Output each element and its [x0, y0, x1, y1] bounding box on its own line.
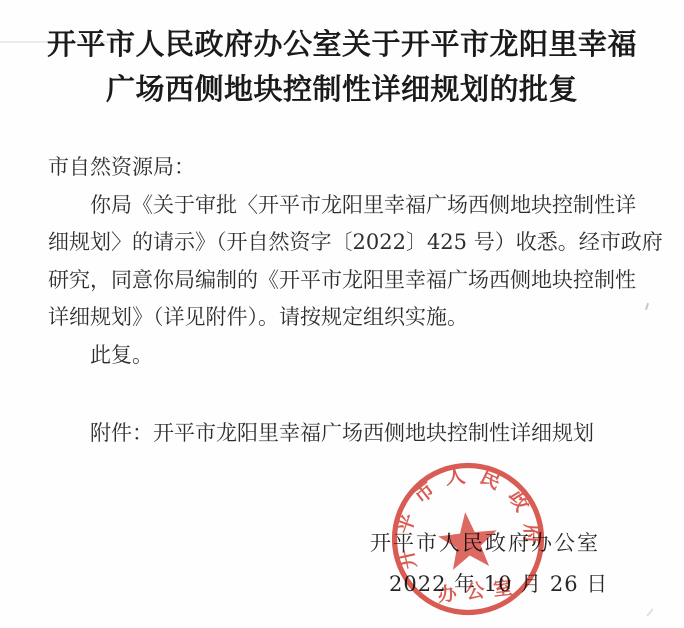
body-text-line: 你局《关于审批〈开平市龙阳里幸福广场西侧地块控制性详: [48, 187, 642, 225]
addressee-line: 市自然资源局：: [48, 149, 642, 187]
closing-line: 此复。: [48, 337, 642, 375]
document-title: 开平市人民政府办公室关于开平市龙阳里幸福 广场西侧地块控制性详细规划的批复: [20, 22, 664, 112]
scan-artifact-speck: [645, 303, 649, 310]
document-body: 市自然资源局： 你局《关于审批〈开平市龙阳里幸福广场西侧地块控制性详 细规划〉的…: [48, 149, 642, 374]
body-text-line: 研究，同意你局编制的《开平市龙阳里幸福广场西侧地块控制性: [48, 262, 642, 300]
scan-artifact-speck: [646, 608, 653, 616]
attachment-line: 附件：开平市龙阳里幸福广场西侧地块控制性详细规划: [90, 415, 594, 453]
document-page: 开平市人民政府办公室关于开平市龙阳里幸福 广场西侧地块控制性详细规划的批复 市自…: [0, 0, 684, 628]
body-text-line: 详细规划》（详见附件）。请按规定组织实施。: [48, 299, 642, 337]
seal-star-icon: [436, 509, 501, 571]
official-seal-icon: 开平市人民政府 办公室: [389, 460, 547, 618]
body-text-line: 细规划〉的请示》（开自然资字〔2022〕425 号）收悉。经市政府: [48, 224, 642, 262]
document-title-line-2: 广场西侧地块控制性详细规划的批复: [20, 67, 664, 112]
document-title-line-1: 开平市人民政府办公室关于开平市龙阳里幸福: [20, 22, 664, 67]
